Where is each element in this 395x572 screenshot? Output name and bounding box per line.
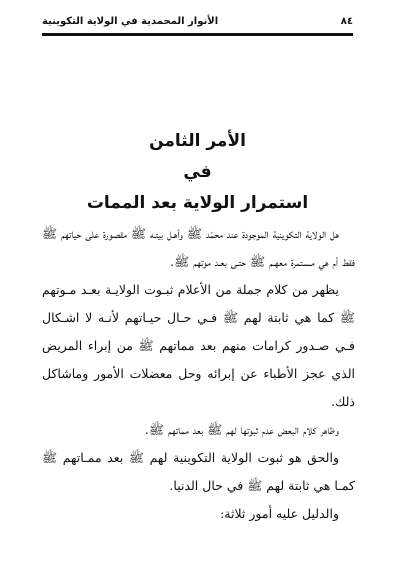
book-title: الأنوار المحمدية في الولاية التكوينية xyxy=(42,14,218,30)
chapter-title: الأمر الثامن في استمرار الولاية بعد المم… xyxy=(0,126,395,219)
page-number: ٨٤ xyxy=(341,14,353,30)
paragraph-5: والدليل عليه أمور ثلاثة: xyxy=(42,500,355,528)
paragraph-3: وظاهر كلام البعض عدم ثبوتها لهم ﷺ بعد مم… xyxy=(42,416,355,444)
chapter-title-line-2: في xyxy=(0,157,395,188)
chapter-title-line-1: الأمر الثامن xyxy=(0,126,395,157)
document-page: ٨٤ الأنوار المحمدية في الولاية التكوينية… xyxy=(0,0,395,572)
chapter-title-line-3: استمرار الولاية بعد الممات xyxy=(0,188,395,219)
body-text: هل الولاية التكوينية الموجودة عند محمّد … xyxy=(42,220,355,528)
paragraph-2: يظهر من كلام جملة من الأعلام ثبـوت الولا… xyxy=(42,276,355,416)
running-header: ٨٤ الأنوار المحمدية في الولاية التكوينية xyxy=(42,14,353,30)
paragraph-1: هل الولاية التكوينية الموجودة عند محمّد … xyxy=(42,220,355,276)
paragraph-4: والحق هو ثبوت الولاية التكوينية لهم ﷺ بع… xyxy=(42,444,355,500)
header-rule xyxy=(42,33,353,36)
